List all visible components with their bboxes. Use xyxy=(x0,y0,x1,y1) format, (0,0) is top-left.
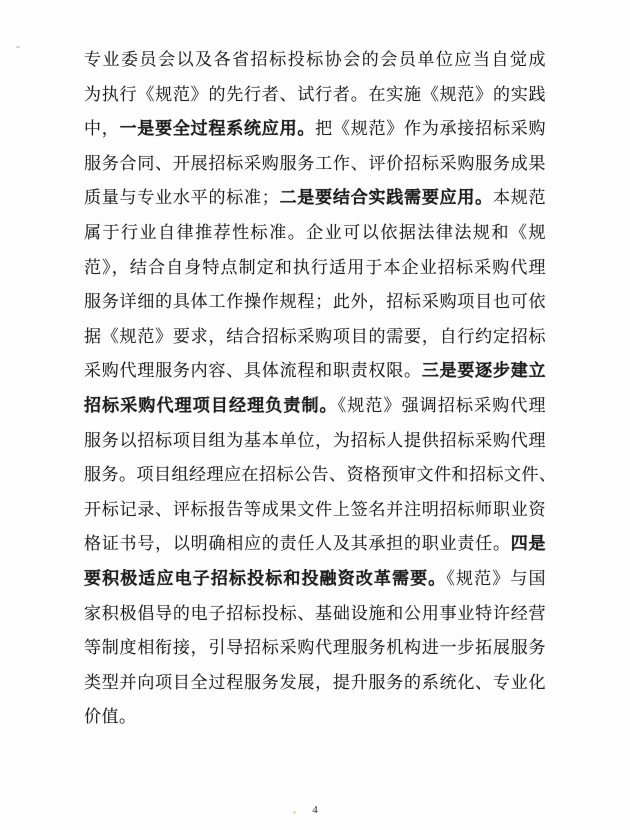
text-segment: 范》，结合自身特点制定和执行适用于本企业招标采购代理 xyxy=(84,258,546,277)
text-segment: 为执行《规范》的先行者、试行者。在实施《规范》的实践 xyxy=(84,85,546,104)
text-segment: 《规范》与国 xyxy=(446,569,546,588)
text-segment: 服务。项目组经理应在招标公告、资格预审文件和招标文件、 xyxy=(84,465,557,484)
text-line: 服务详细的具体工作操作规程；此外，招标采购项目也可依 xyxy=(84,285,546,320)
text-line: 据《规范》要求，结合招标采购项目的需要，自行约定招标 xyxy=(84,320,546,355)
scan-artifact xyxy=(16,46,20,48)
text-segment: 服务详细的具体工作操作规程；此外，招标采购项目也可依 xyxy=(84,292,546,311)
bold-text-segment: 二是要结合实践需要应用。 xyxy=(279,188,493,207)
text-line: 格证书号，以明确相应的责任人及其承担的职业责任。四是 xyxy=(84,527,546,562)
text-segment: 类型并向项目全过程服务发展，提升服务的系统化、专业化 xyxy=(84,673,546,692)
text-line: 服务。项目组经理应在招标公告、资格预审文件和招标文件、 xyxy=(84,458,546,493)
text-line: 采购代理服务内容、具体流程和职责权限。三是要逐步建立 xyxy=(84,354,546,389)
text-line: 类型并向项目全过程服务发展，提升服务的系统化、专业化 xyxy=(84,666,546,701)
text-line: 价值。 xyxy=(84,700,546,735)
text-segment: 《规范》强调招标采购代理 xyxy=(338,396,546,415)
text-segment: 等制度相衔接，引导招标采购代理服务机构进一步拓展服务 xyxy=(84,638,546,657)
text-line: 为执行《规范》的先行者、试行者。在实施《规范》的实践 xyxy=(84,78,546,113)
text-segment: 家积极倡导的电子招标投标、基础设施和公用事业特许经营 xyxy=(84,604,546,623)
text-segment: 专业委员会以及各省招标投标协会的会员单位应当自觉成 xyxy=(84,50,546,69)
text-segment: 属于行业自律推荐性标准。企业可以依据法律法规和《规 xyxy=(84,223,546,242)
bold-text-segment: 要积极适应电子招标投标和投融资改革需要。 xyxy=(84,569,446,588)
text-segment: 服务合同、开展招标采购服务工作、评价招标采购服务成果 xyxy=(84,154,546,173)
text-line: 中，一是要全过程系统应用。把《规范》作为承接招标采购 xyxy=(84,112,546,147)
text-line: 要积极适应电子招标投标和投融资改革需要。《规范》与国 xyxy=(84,562,546,597)
scanned-document-page: 专业委员会以及各省招标投标协会的会员单位应当自觉成为执行《规范》的先行者、试行者… xyxy=(0,0,630,830)
text-line: 服务合同、开展招标采购服务工作、评价招标采购服务成果 xyxy=(84,147,546,182)
text-segment: 采购代理服务内容、具体流程和职责权限。 xyxy=(84,361,422,380)
text-segment: 本规范 xyxy=(493,188,546,207)
page-number: 4 xyxy=(0,804,630,816)
text-line: 属于行业自律推荐性标准。企业可以依据法律法规和《规 xyxy=(84,216,546,251)
text-segment: 据《规范》要求，结合招标采购项目的需要，自行约定招标 xyxy=(84,327,546,346)
text-line: 开标记录、评标报告等成果文件上签名并注明招标师职业资 xyxy=(84,493,546,528)
text-line: 等制度相衔接，引导招标采购代理服务机构进一步拓展服务 xyxy=(84,631,546,666)
text-segment: 中， xyxy=(84,119,120,138)
text-segment: 把《规范》作为承接招标采购 xyxy=(315,119,546,138)
text-line: 质量与专业水平的标准；二是要结合实践需要应用。本规范 xyxy=(84,181,546,216)
text-segment: 服务以招标项目组为基本单位，为招标人提供招标采购代理 xyxy=(84,431,546,450)
text-block: 专业委员会以及各省招标投标协会的会员单位应当自觉成为执行《规范》的先行者、试行者… xyxy=(84,43,546,735)
text-segment: 格证书号，以明确相应的责任人及其承担的职业责任。 xyxy=(84,534,511,553)
scan-artifact xyxy=(293,811,296,814)
text-segment: 开标记录、评标报告等成果文件上签名并注明招标师职业资 xyxy=(84,500,546,519)
text-line: 服务以招标项目组为基本单位，为招标人提供招标采购代理 xyxy=(84,424,546,459)
bold-text-segment: 招标采购代理项目经理负责制。 xyxy=(84,396,338,415)
text-segment: 质量与专业水平的标准； xyxy=(84,188,279,207)
text-line: 招标采购代理项目经理负责制。《规范》强调招标采购代理 xyxy=(84,389,546,424)
bold-text-segment: 一是要全过程系统应用。 xyxy=(120,119,316,138)
text-line: 家积极倡导的电子招标投标、基础设施和公用事业特许经营 xyxy=(84,597,546,632)
text-line: 专业委员会以及各省招标投标协会的会员单位应当自觉成 xyxy=(84,43,546,78)
text-segment: 价值。 xyxy=(84,707,137,726)
text-line: 范》，结合自身特点制定和执行适用于本企业招标采购代理 xyxy=(84,251,546,286)
bold-text-segment: 四是 xyxy=(511,534,546,553)
bold-text-segment: 三是要逐步建立 xyxy=(422,361,546,380)
